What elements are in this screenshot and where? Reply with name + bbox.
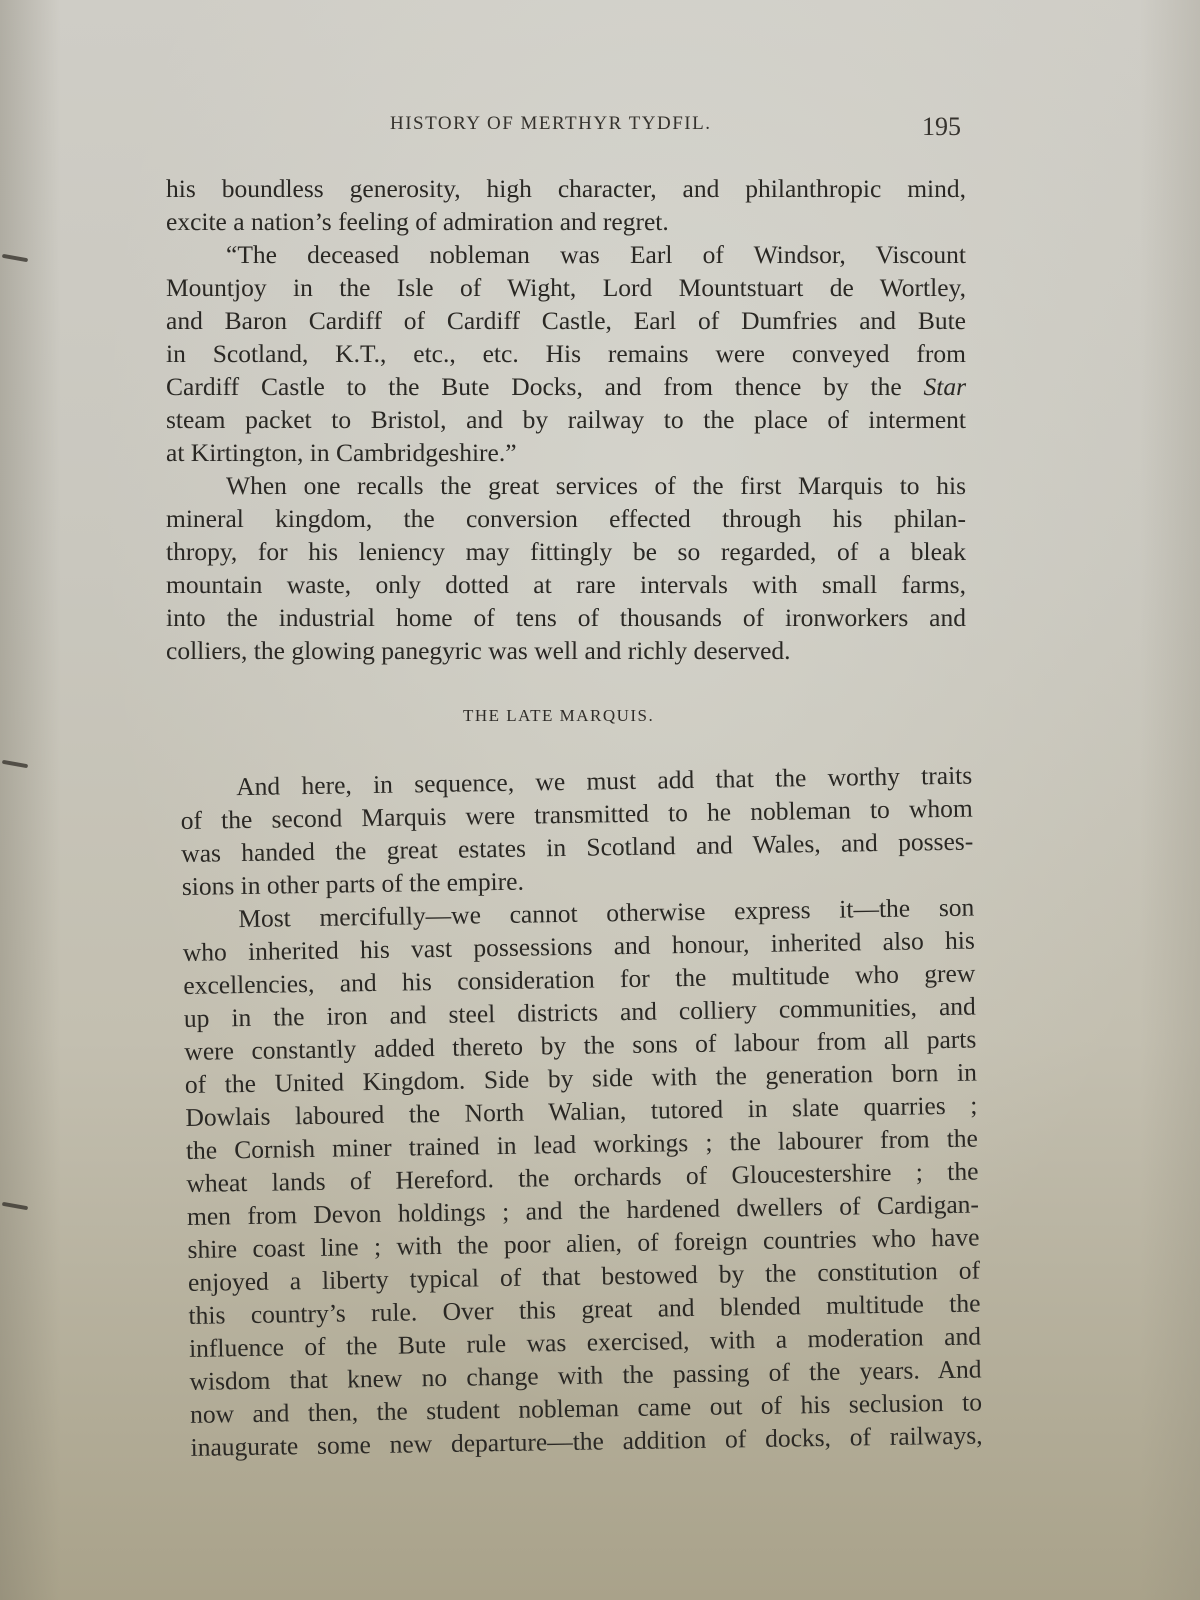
paragraph: his boundless generosity, high character… [166, 172, 966, 238]
text-line: into the industrial home of tens of thou… [166, 601, 966, 634]
text-line: mountain waste, only dotted at rare inte… [166, 568, 966, 601]
page-gutter-shadow [0, 0, 60, 1600]
text-line: excite a nation’s feeling of admiration … [166, 205, 966, 238]
text-line: steam packet to Bristol, and by railway … [166, 403, 966, 436]
paragraph: When one recalls the great services of t… [166, 469, 966, 667]
text-line: thropy, for his leniency may fittingly b… [166, 535, 966, 568]
paragraph: Most mercifully—we cannot otherwise expr… [182, 891, 983, 1464]
ship-name-italic: Star [924, 372, 967, 401]
text-line: When one recalls the great services of t… [166, 469, 966, 502]
page-number: 195 [922, 112, 961, 142]
text-line: his boundless generosity, high character… [166, 172, 966, 205]
text-line: “The deceased nobleman was Earl of Winds… [166, 238, 966, 271]
text-line: in Scotland, K.T., etc., etc. His remain… [166, 337, 966, 370]
text-line: and Baron Cardiff of Cardiff Castle, Ear… [166, 304, 966, 337]
running-head-title: HISTORY OF MERTHYR TYDFIL. [390, 113, 712, 135]
body-text-section-one: his boundless generosity, high character… [166, 172, 966, 667]
body-text-section-two: And here, in sequence, we must add that … [180, 759, 983, 1464]
text-fragment: Cardiff Castle to the Bute Docks, and fr… [166, 372, 902, 401]
text-line: mineral kingdom, the conversion effected… [166, 502, 966, 535]
text-line: at Kirtington, in Cambridgeshire.” [166, 436, 966, 469]
page-edge-shadow [1140, 0, 1200, 1600]
paragraph: And here, in sequence, we must add that … [180, 759, 974, 903]
paragraph: “The deceased nobleman was Earl of Winds… [166, 238, 966, 469]
section-heading: THE LATE MARQUIS. [463, 706, 654, 726]
text-line-with-italic: Cardiff Castle to the Bute Docks, and fr… [166, 370, 966, 403]
text-line: colliers, the glowing panegyric was well… [166, 634, 966, 667]
text-line: Mountjoy in the Isle of Wight, Lord Moun… [166, 271, 966, 304]
